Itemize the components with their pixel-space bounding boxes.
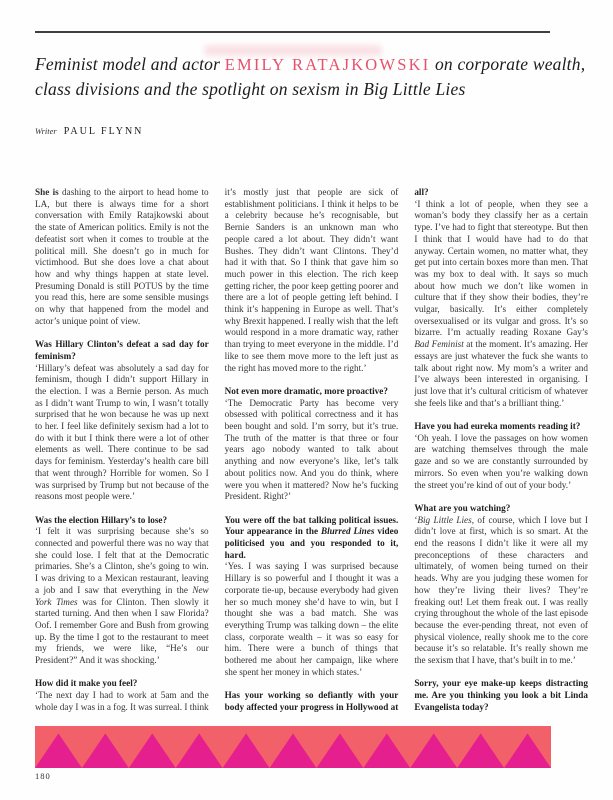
text-run: Was Hillary Clinton’s defeat a sad day f… [35,339,209,361]
headline-text-pre: Feminist model and actor [35,54,225,74]
article-question: Not even more dramatic, more proactive? [225,386,399,398]
headline-name: EMILY RATAJKOWSKI [225,55,431,74]
text-run: Not even more dramatic, more proactive? [225,386,388,396]
text-run: What are you watching? [414,503,510,513]
article-columns: She is dashing to the airport to head ho… [35,187,588,714]
article-answer: ‘The Democratic Party has become very ob… [225,398,399,503]
magazine-page: Feminist model and actor EMILY RATAJKOWS… [0,0,613,800]
article-answer: ‘Yes. I was saying I was surprised becau… [225,561,399,678]
article-question: What are you watching? [414,503,588,515]
text-run: dashing to the airport to head home to L… [35,187,209,326]
zigzag-pattern [35,726,551,768]
text-run: ‘I felt it was surprising because she’s … [35,526,209,595]
text-run: ‘Yes. I was saying I was surprised becau… [225,561,399,676]
text-run: , of course, which I love but I didn’t l… [414,515,588,665]
byline-label: Writer [35,126,57,136]
text-run: How did it make you feel? [35,678,137,688]
text-run: She is [35,187,62,197]
article-answer: ‘Oh yeah. I love the passages on how wom… [414,433,588,492]
text-run: Sorry, your eye make-up keeps distractin… [414,678,588,711]
article-question: Was Hillary Clinton’s defeat a sad day f… [35,339,209,362]
article-question: Have you had eureka moments reading it? [414,421,588,433]
article-answer: ‘I felt it was surprising because she’s … [35,526,209,666]
article-question: Was the election Hillary’s to lose? [35,515,209,527]
text-run: Have you had eureka moments reading it? [414,421,580,431]
text-run: at the moment. It’s amazing. Her essays … [414,339,588,408]
article-answer: ‘Hillary’s defeat was absolutely a sad d… [35,363,209,503]
text-run: ‘I think a lot of people, when they see … [414,199,588,338]
page-number: 180 [35,771,51,781]
text-run: Big Little Lies [417,515,471,525]
text-run: ‘Hillary’s defeat was absolutely a sad d… [35,363,209,502]
article-intro: She is dashing to the airport to head ho… [35,187,209,327]
article-question: You were off the bat talking political i… [225,515,399,562]
byline-writer-name: PAUL FLYNN [64,126,144,137]
top-rule [35,31,550,33]
text-run: Was the election Hillary’s to lose? [35,515,167,525]
article-question: How did it make you feel? [35,678,209,690]
text-run: Blurred Lines [321,526,374,536]
text-run: ‘Oh yeah. I love the passages on how wom… [414,433,588,490]
headline: Feminist model and actor EMILY RATAJKOWS… [35,52,587,102]
text-run: ‘The Democratic Party has become very ob… [225,398,399,502]
zigzag-band [35,726,551,768]
text-run: Bad Feminist [414,339,463,349]
article-answer: ‘I think a lot of people, when they see … [414,199,588,410]
article-question: Sorry, your eye make-up keeps distractin… [414,678,588,713]
byline: WriterPAUL FLYNN [35,121,143,139]
article-answer: ‘Big Little Lies, of course, which I lov… [414,515,588,667]
